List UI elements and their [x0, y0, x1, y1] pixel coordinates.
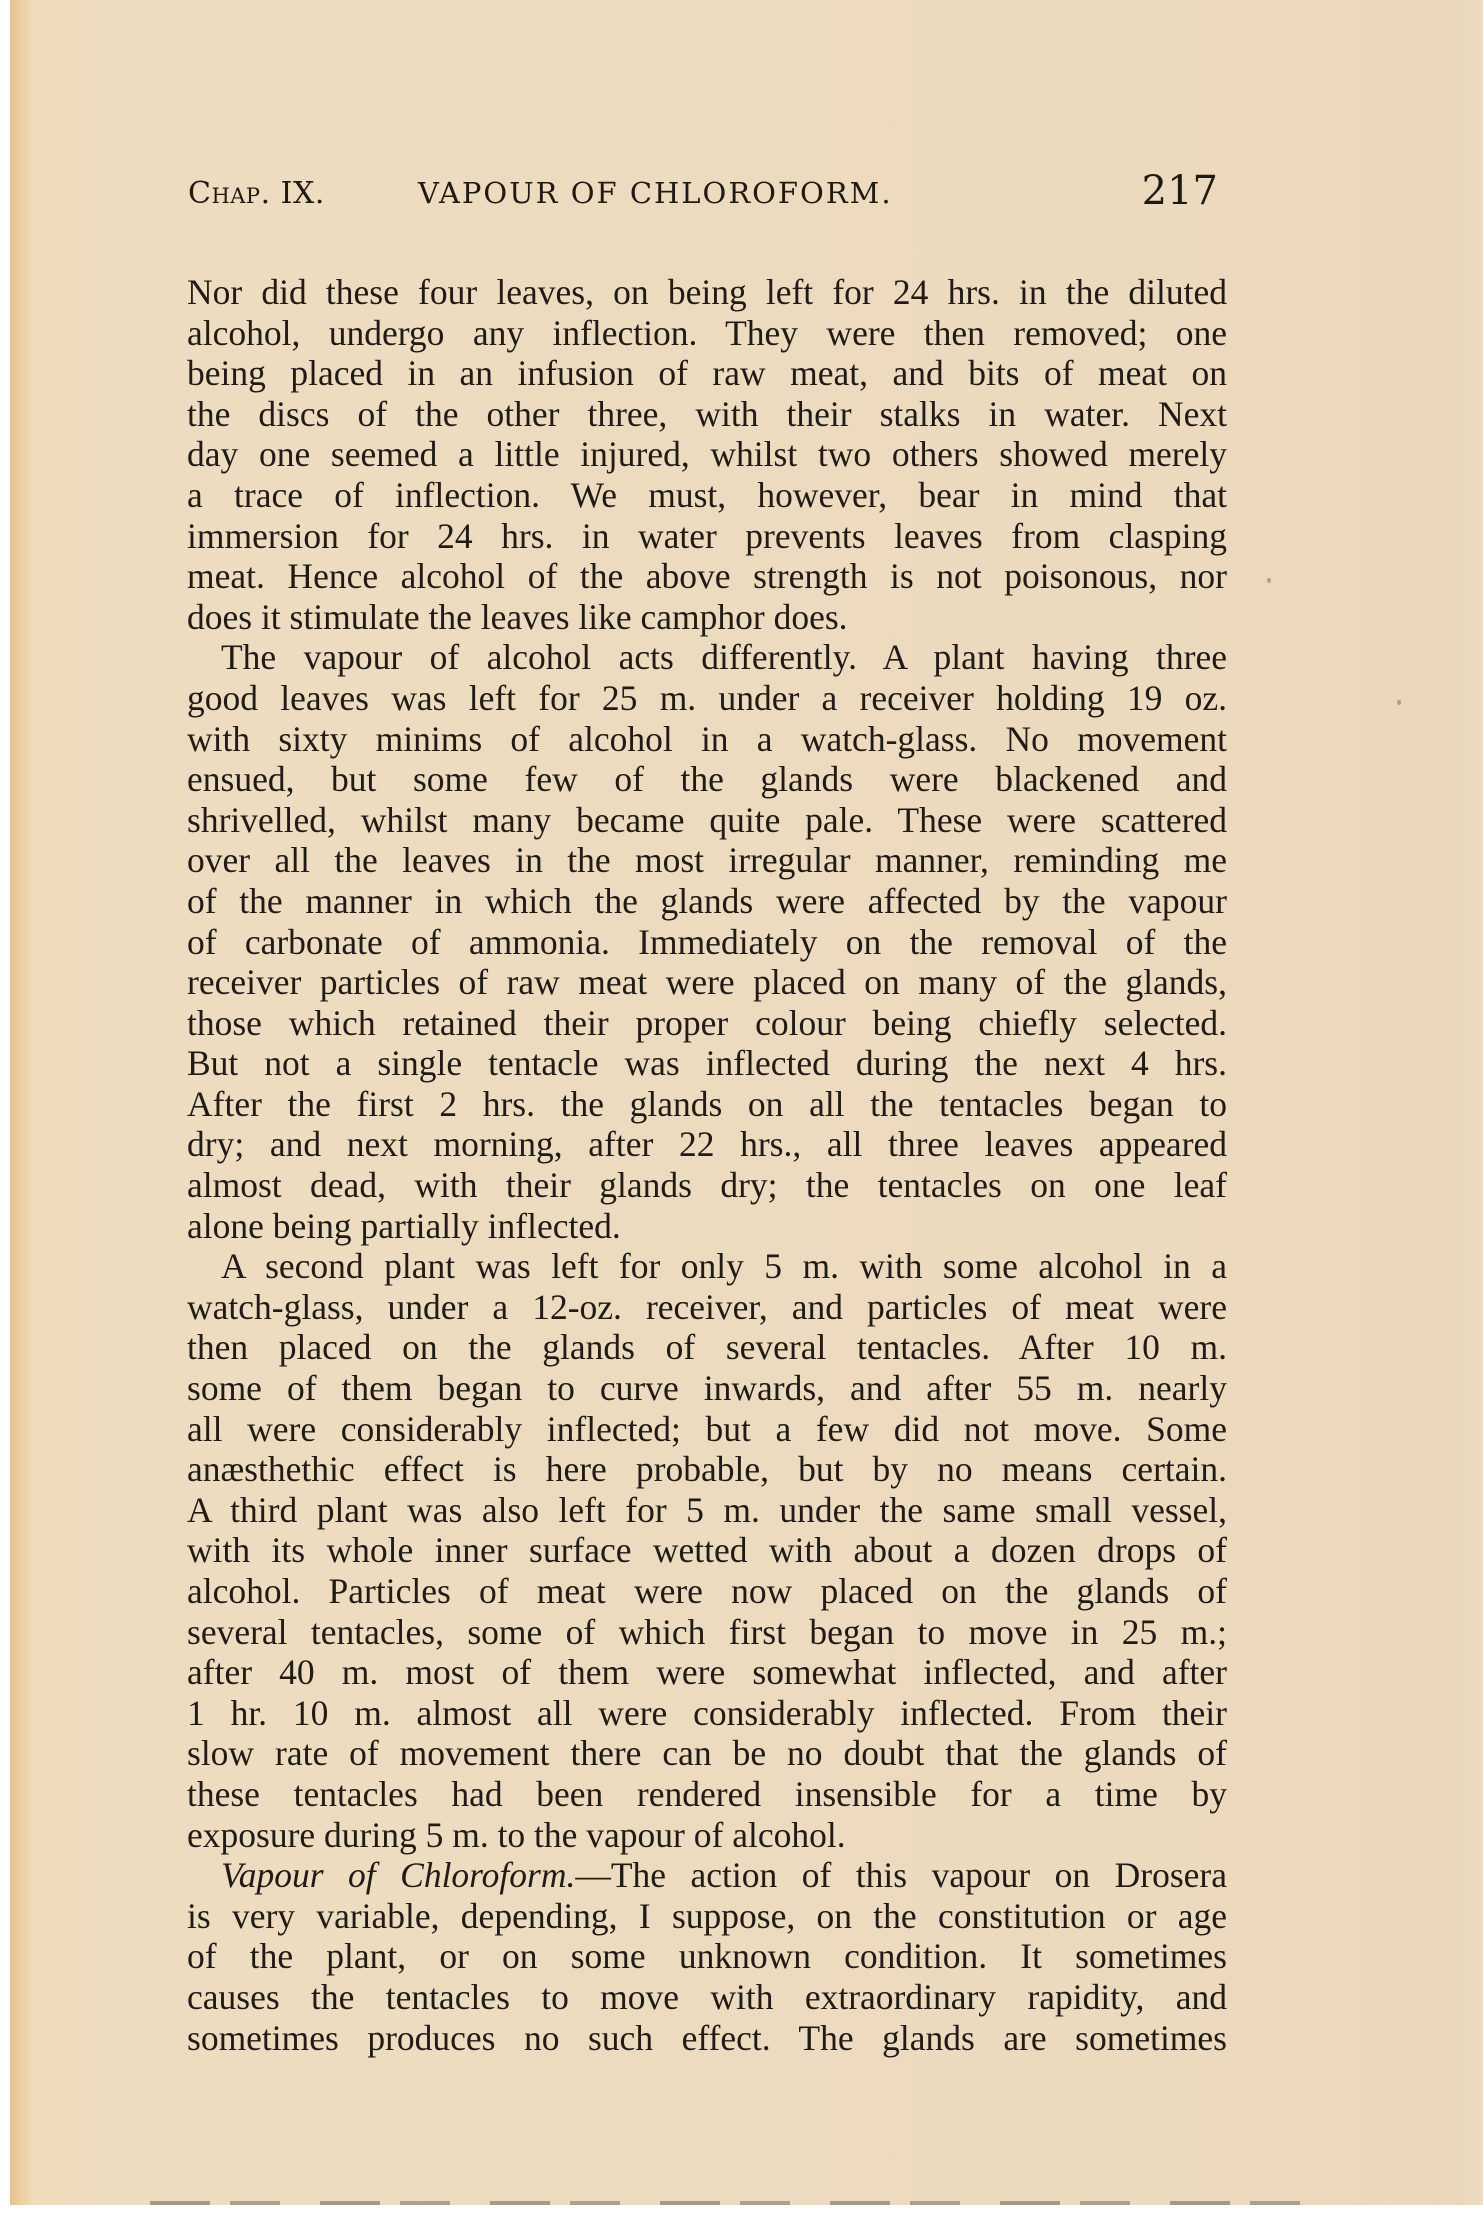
text-line: the discs of the other three, with their… — [187, 394, 1227, 435]
text-line: alcohol. Particles of meat were now plac… — [187, 1571, 1227, 1612]
text-line: over all the leaves in the most irregula… — [187, 840, 1227, 881]
running-head: Chap. IX. VAPOUR OF CHLOROFORM. 217 — [188, 168, 1218, 228]
text-line: of the manner in which the glands were a… — [187, 881, 1227, 922]
text-line: Vapour of Chloroform.—The action of this… — [187, 1855, 1227, 1896]
paper-speck — [1267, 578, 1271, 583]
text-line: Nor did these four leaves, on being left… — [187, 272, 1227, 313]
text-line: sometimes produces no such effect. The g… — [187, 2018, 1227, 2059]
text-line: being placed in an infusion of raw meat,… — [187, 353, 1227, 394]
text-line: a trace of inflection. We must, however,… — [187, 475, 1227, 516]
text-line: The vapour of alcohol acts differently. … — [187, 637, 1227, 678]
text-line: does it stimulate the leaves like campho… — [187, 597, 1227, 638]
text-line: of the plant, or on some unknown conditi… — [187, 1936, 1227, 1977]
text-line: good leaves was left for 25 m. under a r… — [187, 678, 1227, 719]
text-line: 1 hr. 10 m. almost all were considerably… — [187, 1693, 1227, 1734]
text-line: of carbonate of ammonia. Immediately on … — [187, 922, 1227, 963]
text-line: alcohol, undergo any inflection. They we… — [187, 313, 1227, 354]
paper-speck — [1397, 700, 1401, 705]
book-page: Chap. IX. VAPOUR OF CHLOROFORM. 217 Nor … — [0, 0, 1483, 2213]
text-line: slow rate of movement there can be no do… — [187, 1733, 1227, 1774]
text-line: But not a single tentacle was inflected … — [187, 1043, 1227, 1084]
text-line: with sixty minims of alcohol in a watch-… — [187, 719, 1227, 760]
text-line: anæsthethic effect is here probable, but… — [187, 1449, 1227, 1490]
page-number: 217 — [1142, 168, 1218, 214]
text-line: all were considerably inflected; but a f… — [187, 1409, 1227, 1450]
text-line: receiver particles of raw meat were plac… — [187, 962, 1227, 1003]
spine-shadow — [10, 0, 32, 2213]
text-line: alone being partially inflected. — [187, 1206, 1227, 1247]
running-title: VAPOUR OF CHLOROFORM. — [418, 176, 893, 210]
section-heading-inline: Vapour of Chloroform. — [221, 1855, 575, 1895]
text-line: After the first 2 hrs. the glands on all… — [187, 1084, 1227, 1125]
text-line: then placed on the glands of several ten… — [187, 1327, 1227, 1368]
page-right-edge — [1453, 0, 1483, 2213]
text-line: A third plant was also left for 5 m. und… — [187, 1490, 1227, 1531]
text-line: meat. Hence alcohol of the above strengt… — [187, 556, 1227, 597]
chapter-label: Chap. IX. — [188, 176, 325, 211]
text-line: causes the tentacles to move with extrao… — [187, 1977, 1227, 2018]
text-line: immersion for 24 hrs. in water prevents … — [187, 516, 1227, 557]
text-line: exposure during 5 m. to the vapour of al… — [187, 1815, 1227, 1856]
body-text: Nor did these four leaves, on being left… — [187, 272, 1227, 2058]
text-line: after 40 m. most of them were somewhat i… — [187, 1652, 1227, 1693]
text-line: those which retained their proper colour… — [187, 1003, 1227, 1044]
paragraph: Nor did these four leaves, on being left… — [187, 272, 1227, 637]
text-line: watch-glass, under a 12-oz. receiver, an… — [187, 1287, 1227, 1328]
text-line: A second plant was left for only 5 m. wi… — [187, 1246, 1227, 1287]
text-line: day one seemed a little injured, whilst … — [187, 434, 1227, 475]
text-line: is very variable, depending, I suppose, … — [187, 1896, 1227, 1937]
text-line: some of them began to curve inwards, and… — [187, 1368, 1227, 1409]
text-line: ensued, but some few of the glands were … — [187, 759, 1227, 800]
page-bottom-edge — [0, 2205, 1483, 2213]
paragraph: Vapour of Chloroform.—The action of this… — [187, 1855, 1227, 2058]
text-line: dry; and next morning, after 22 hrs., al… — [187, 1124, 1227, 1165]
paragraph: The vapour of alcohol acts differently. … — [187, 637, 1227, 1246]
paragraph: A second plant was left for only 5 m. wi… — [187, 1246, 1227, 1855]
page-left-margin-edge — [0, 0, 10, 2213]
text-span: —The action of this vapour on Drosera — [575, 1855, 1227, 1895]
text-line: shrivelled, whilst many became quite pal… — [187, 800, 1227, 841]
text-line: with its whole inner surface wetted with… — [187, 1530, 1227, 1571]
text-line: these tentacles had been rendered insens… — [187, 1774, 1227, 1815]
text-line: several tentacles, some of which first b… — [187, 1612, 1227, 1653]
text-line: almost dead, with their glands dry; the … — [187, 1165, 1227, 1206]
